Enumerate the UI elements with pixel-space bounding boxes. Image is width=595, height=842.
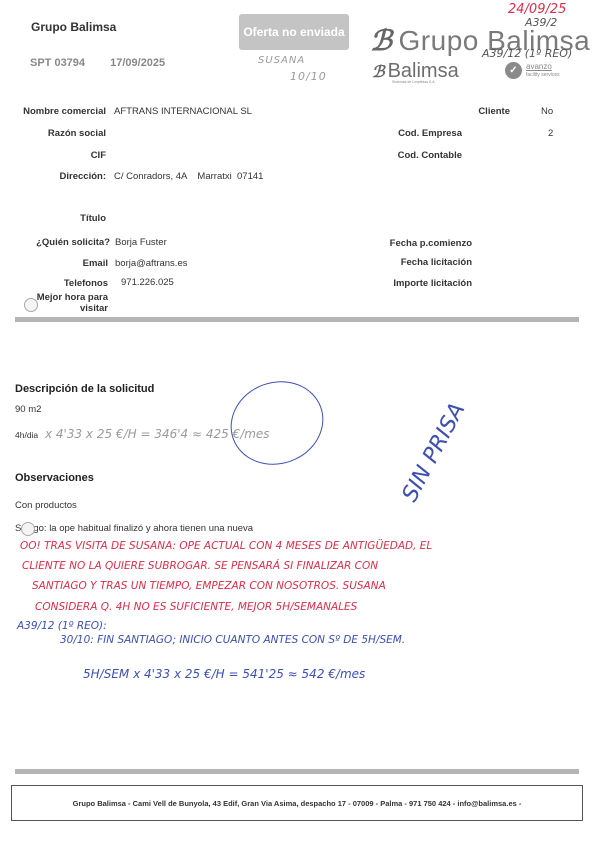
label-fecha-licitacion: Fecha licitación	[360, 257, 472, 268]
red-note-2: CLIENTE NO LA QUIERE SUBROGAR. SE PENSAR…	[22, 560, 378, 572]
red-note-4: CONSIDERA Q. 4H NO ES SUFICIENTE, MEJOR …	[35, 601, 357, 613]
observations-line-1: Con productos	[15, 500, 77, 511]
handwritten-sin-prisa: SIN PRISA	[398, 399, 471, 506]
value-cod-empresa: 2	[548, 128, 553, 139]
label-direccion: Dirección:	[0, 171, 106, 182]
label-cliente: Cliente	[440, 106, 510, 117]
footer-divider	[15, 769, 579, 774]
balimsa-logo-caption: Sistemas de Limpiezas S.A.	[392, 80, 436, 84]
blue-calc: 5H/SEM x 4'33 x 25 €/H = 541'25 ≈ 542 €/…	[83, 667, 365, 681]
balimsa-b-small-icon: ℬ	[372, 62, 385, 82]
label-telefonos: Telefonos	[0, 278, 108, 289]
balimsa-b-icon: ℬ	[370, 24, 393, 57]
label-cif: CIF	[0, 150, 106, 161]
footer-text: Grupo Balimsa - Cami Vell de Bunyola, 43…	[73, 799, 522, 808]
value-nombre-comercial: AFTRANS INTERNACIONAL SL	[114, 106, 252, 117]
handwritten-date: 10/10	[290, 70, 327, 83]
description-line-1: 90 m2	[15, 404, 41, 415]
reference-number: SPT 03794	[30, 57, 85, 69]
value-telefonos: 971.226.025	[121, 277, 174, 288]
description-title: Descripción de la solicitud	[15, 383, 154, 395]
label-razon-social: Razón social	[0, 128, 106, 139]
red-note-1: OO! TRAS VISITA DE SUSANA: OPE ACTUAL CO…	[20, 540, 432, 552]
label-fecha-comienzo: Fecha p.comienzo	[360, 238, 472, 249]
section-divider	[15, 317, 579, 322]
status-button[interactable]: Oferta no enviada	[239, 14, 349, 50]
label-cod-empresa: Cod. Empresa	[380, 128, 462, 139]
label-cod-contable: Cod. Contable	[380, 150, 462, 161]
value-direccion: C/ Conradors, 4A Marratxi 07141	[114, 171, 263, 182]
description-line-2: 4h/dia	[15, 430, 38, 440]
handwritten-red-date: 24/09/25	[508, 2, 566, 17]
footer: Grupo Balimsa - Cami Vell de Bunyola, 43…	[11, 785, 583, 821]
handwritten-code-2: A39/12 (1º REO)	[482, 47, 572, 60]
observations-title: Observaciones	[15, 472, 94, 484]
label-importe-licitacion: Importe licitación	[360, 278, 472, 289]
label-titulo: Título	[0, 213, 106, 224]
label-quien-solicita: ¿Quién solicita?	[0, 237, 110, 248]
avanzo-check-icon: ✓	[505, 62, 522, 79]
observations-line-2: Sgo: la ope habitual finalizó y ahora ti…	[15, 523, 253, 534]
red-note-3: SANTIAGO Y TRAS UN TIEMPO, EMPEZAR CON N…	[32, 580, 386, 592]
reference-line: SPT 03794 17/09/2025	[30, 57, 165, 69]
punch-hole	[21, 522, 35, 536]
avanzo-logo: ✓ avanzofacility services	[505, 62, 560, 79]
label-email: Email	[0, 258, 108, 269]
blue-note-heading: A39/12 (1º REO):	[17, 620, 107, 632]
value-quien-solicita: Borja Fuster	[115, 237, 167, 248]
handwritten-name: SUSANA	[258, 55, 305, 66]
handwritten-circle	[219, 368, 335, 477]
blue-note: 30/10: FIN SANTIAGO; INICIO CUANTO ANTES…	[60, 634, 405, 646]
label-nombre-comercial: Nombre comercial	[0, 106, 106, 117]
reference-date: 17/09/2025	[110, 57, 165, 69]
company-name: Grupo Balimsa	[31, 20, 116, 34]
value-email: borja@aftrans.es	[115, 258, 187, 269]
handwritten-code-1: A39/2	[525, 16, 557, 29]
value-cliente: No	[541, 106, 553, 117]
punch-hole	[24, 298, 38, 312]
